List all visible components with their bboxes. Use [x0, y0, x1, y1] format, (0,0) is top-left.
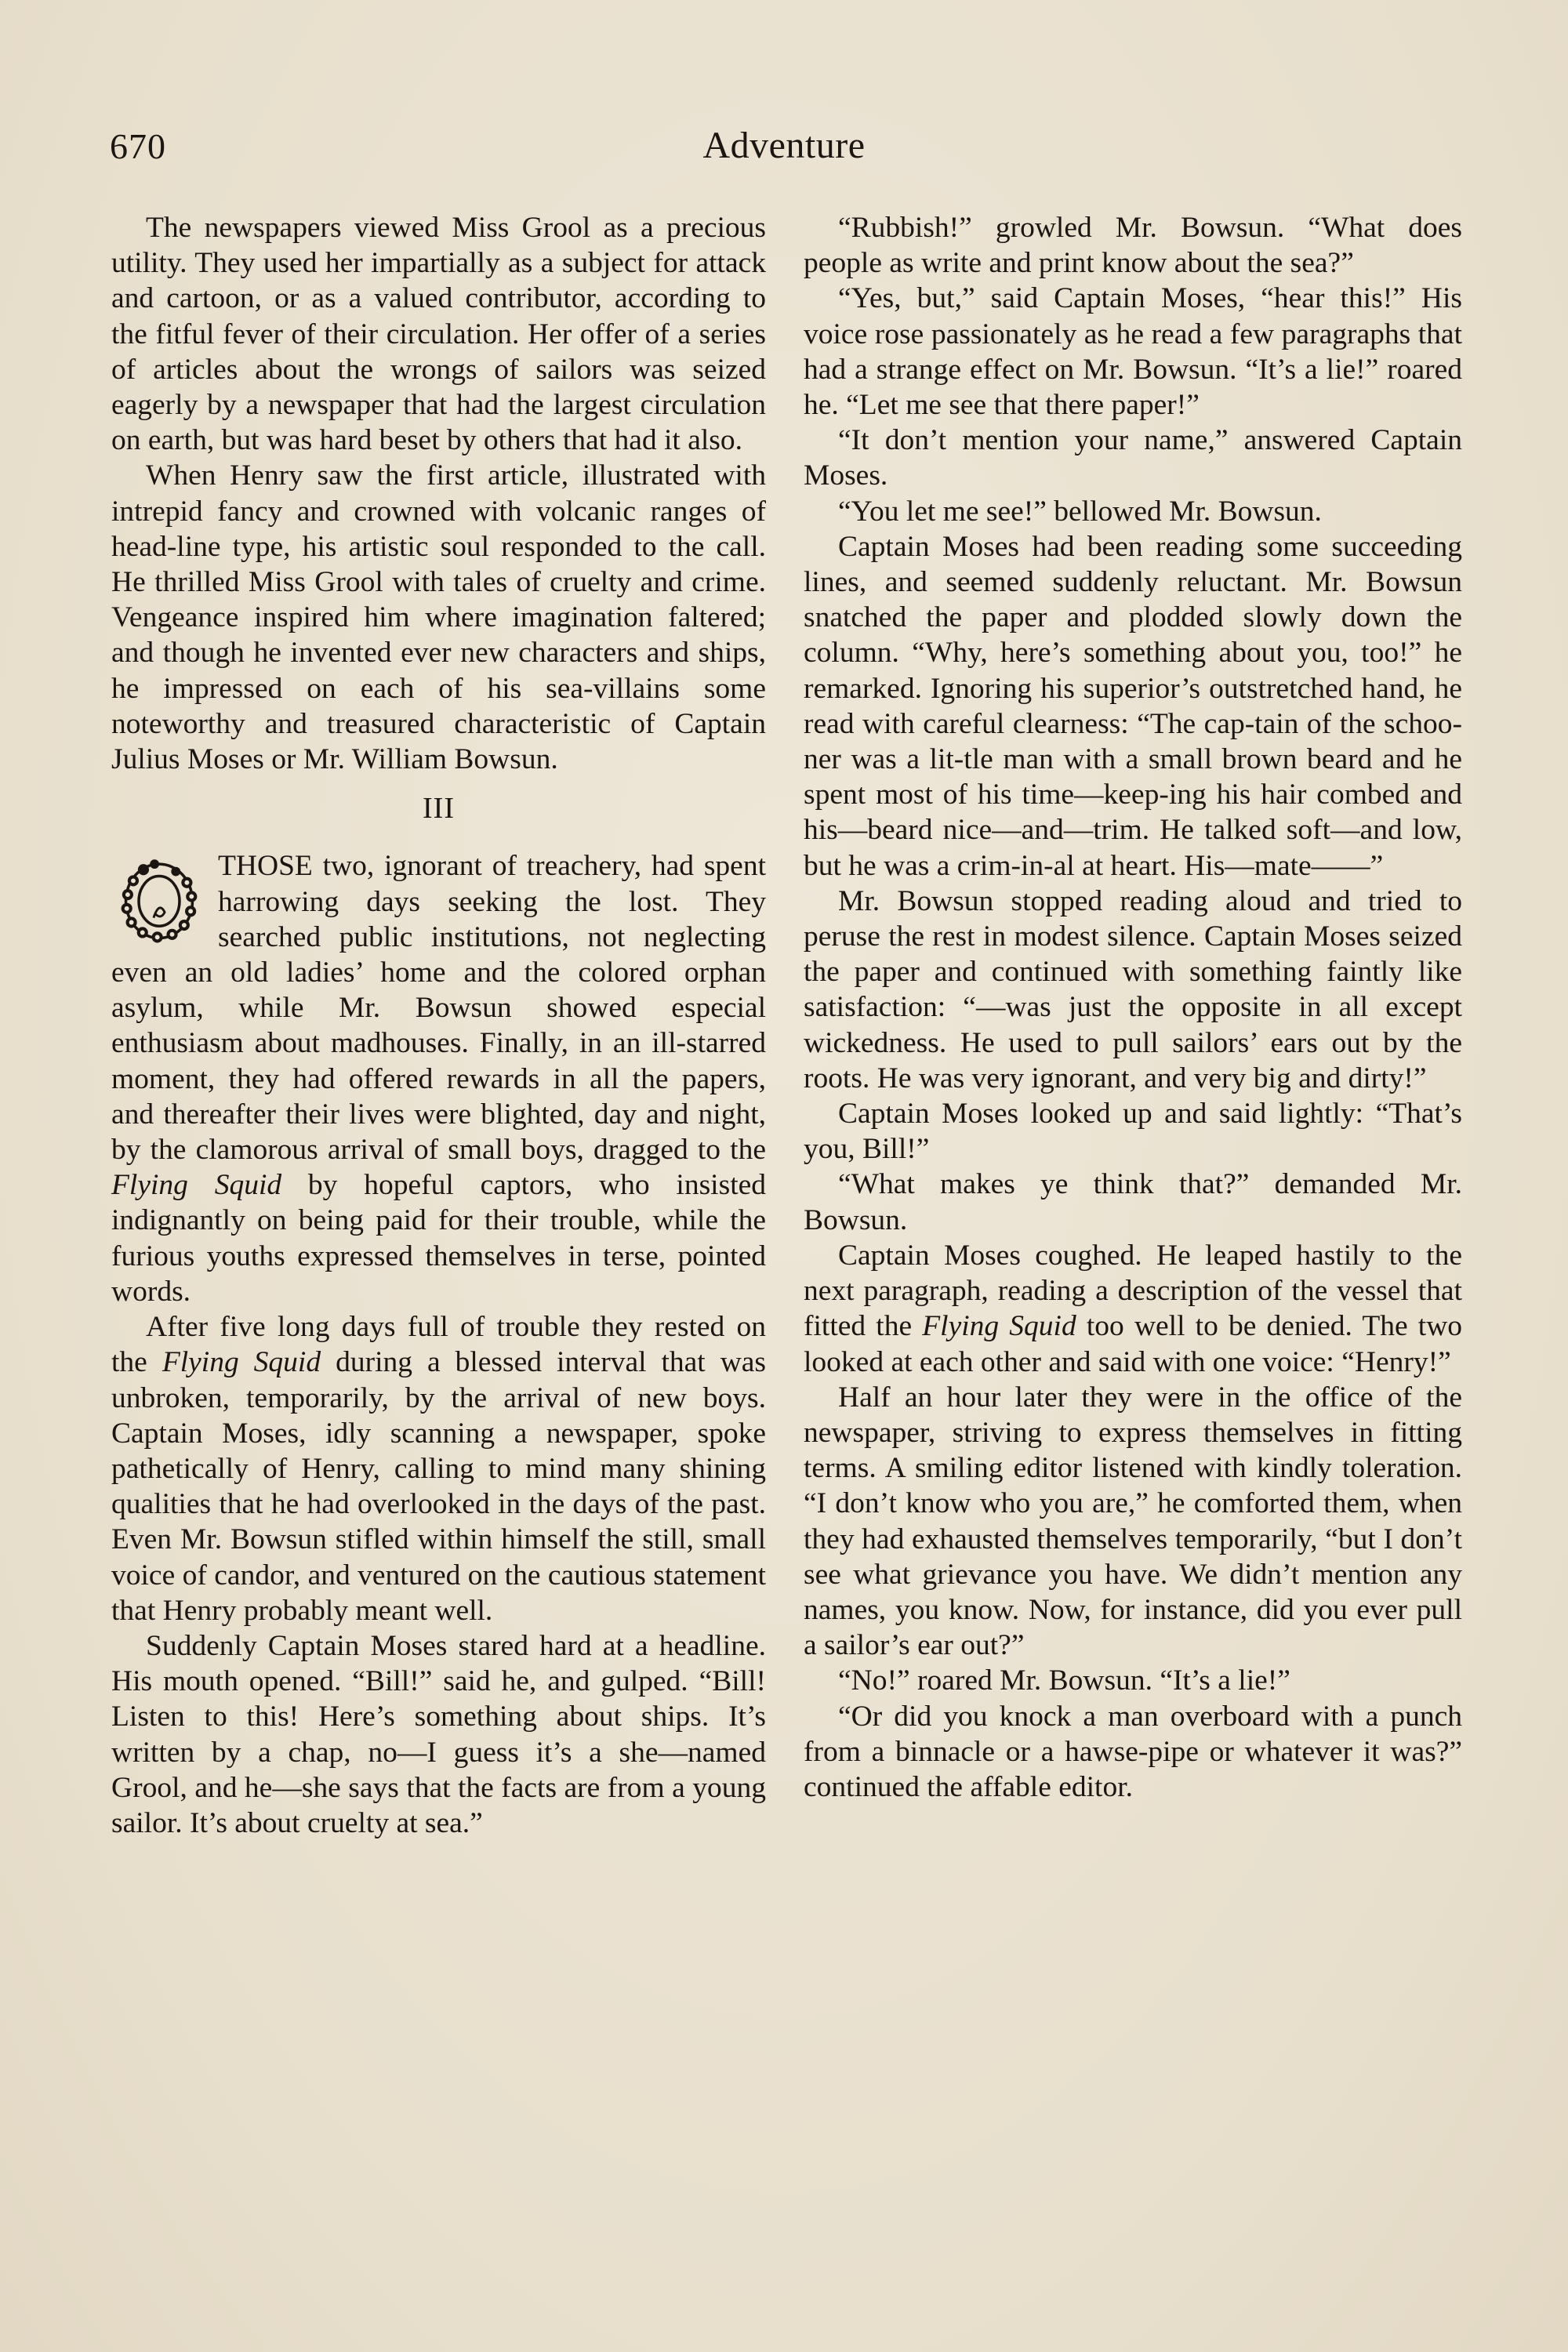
paragraph: “You let me see!” bellowed Mr. Bowsun. [804, 494, 1462, 529]
paragraph-with-dropcap: THOSE two, ignorant of treachery, had sp… [111, 848, 766, 1309]
paragraph: “What makes ye think that?” demanded Mr.… [804, 1167, 1462, 1237]
paragraph: Mr. Bowsun stopped reading aloud and tri… [804, 884, 1462, 1096]
paragraph: Captain Moses had been reading some succ… [804, 529, 1462, 884]
paragraph: After five long days full of trouble the… [111, 1309, 766, 1628]
paragraph: When Henry saw the first article, illus­… [111, 458, 766, 777]
left-column: The newspapers viewed Miss Grool as a pr… [111, 210, 766, 1841]
right-column: “Rubbish!” growled Mr. Bowsun. “What doe… [804, 210, 1462, 1805]
paragraph: Captain Moses looked up and said lightly… [804, 1096, 1462, 1167]
paragraph: Half an hour later they were in the offi… [804, 1380, 1462, 1664]
page-header: 670 Adventure [110, 118, 1458, 172]
section-heading: III [111, 791, 766, 826]
paragraph: The newspapers viewed Miss Grool as a pr… [111, 210, 766, 458]
paragraph: “Rubbish!” growled Mr. Bowsun. “What doe… [804, 210, 1462, 281]
paragraph: Suddenly Captain Moses stared hard at a … [111, 1628, 766, 1841]
ornamental-dropcap-o-icon [111, 851, 207, 947]
paragraph: “It don’t mention your name,” answered C… [804, 423, 1462, 493]
paragraph: “Or did you knock a man overboard with a… [804, 1699, 1462, 1806]
paragraph: Captain Moses coughed. He leaped has­til… [804, 1238, 1462, 1380]
paragraph: “Yes, but,” said Captain Moses, “hear th… [804, 281, 1462, 423]
running-title: Adventure [110, 124, 1458, 167]
paragraph: “No!” roared Mr. Bowsun. “It’s a lie!” [804, 1663, 1462, 1698]
